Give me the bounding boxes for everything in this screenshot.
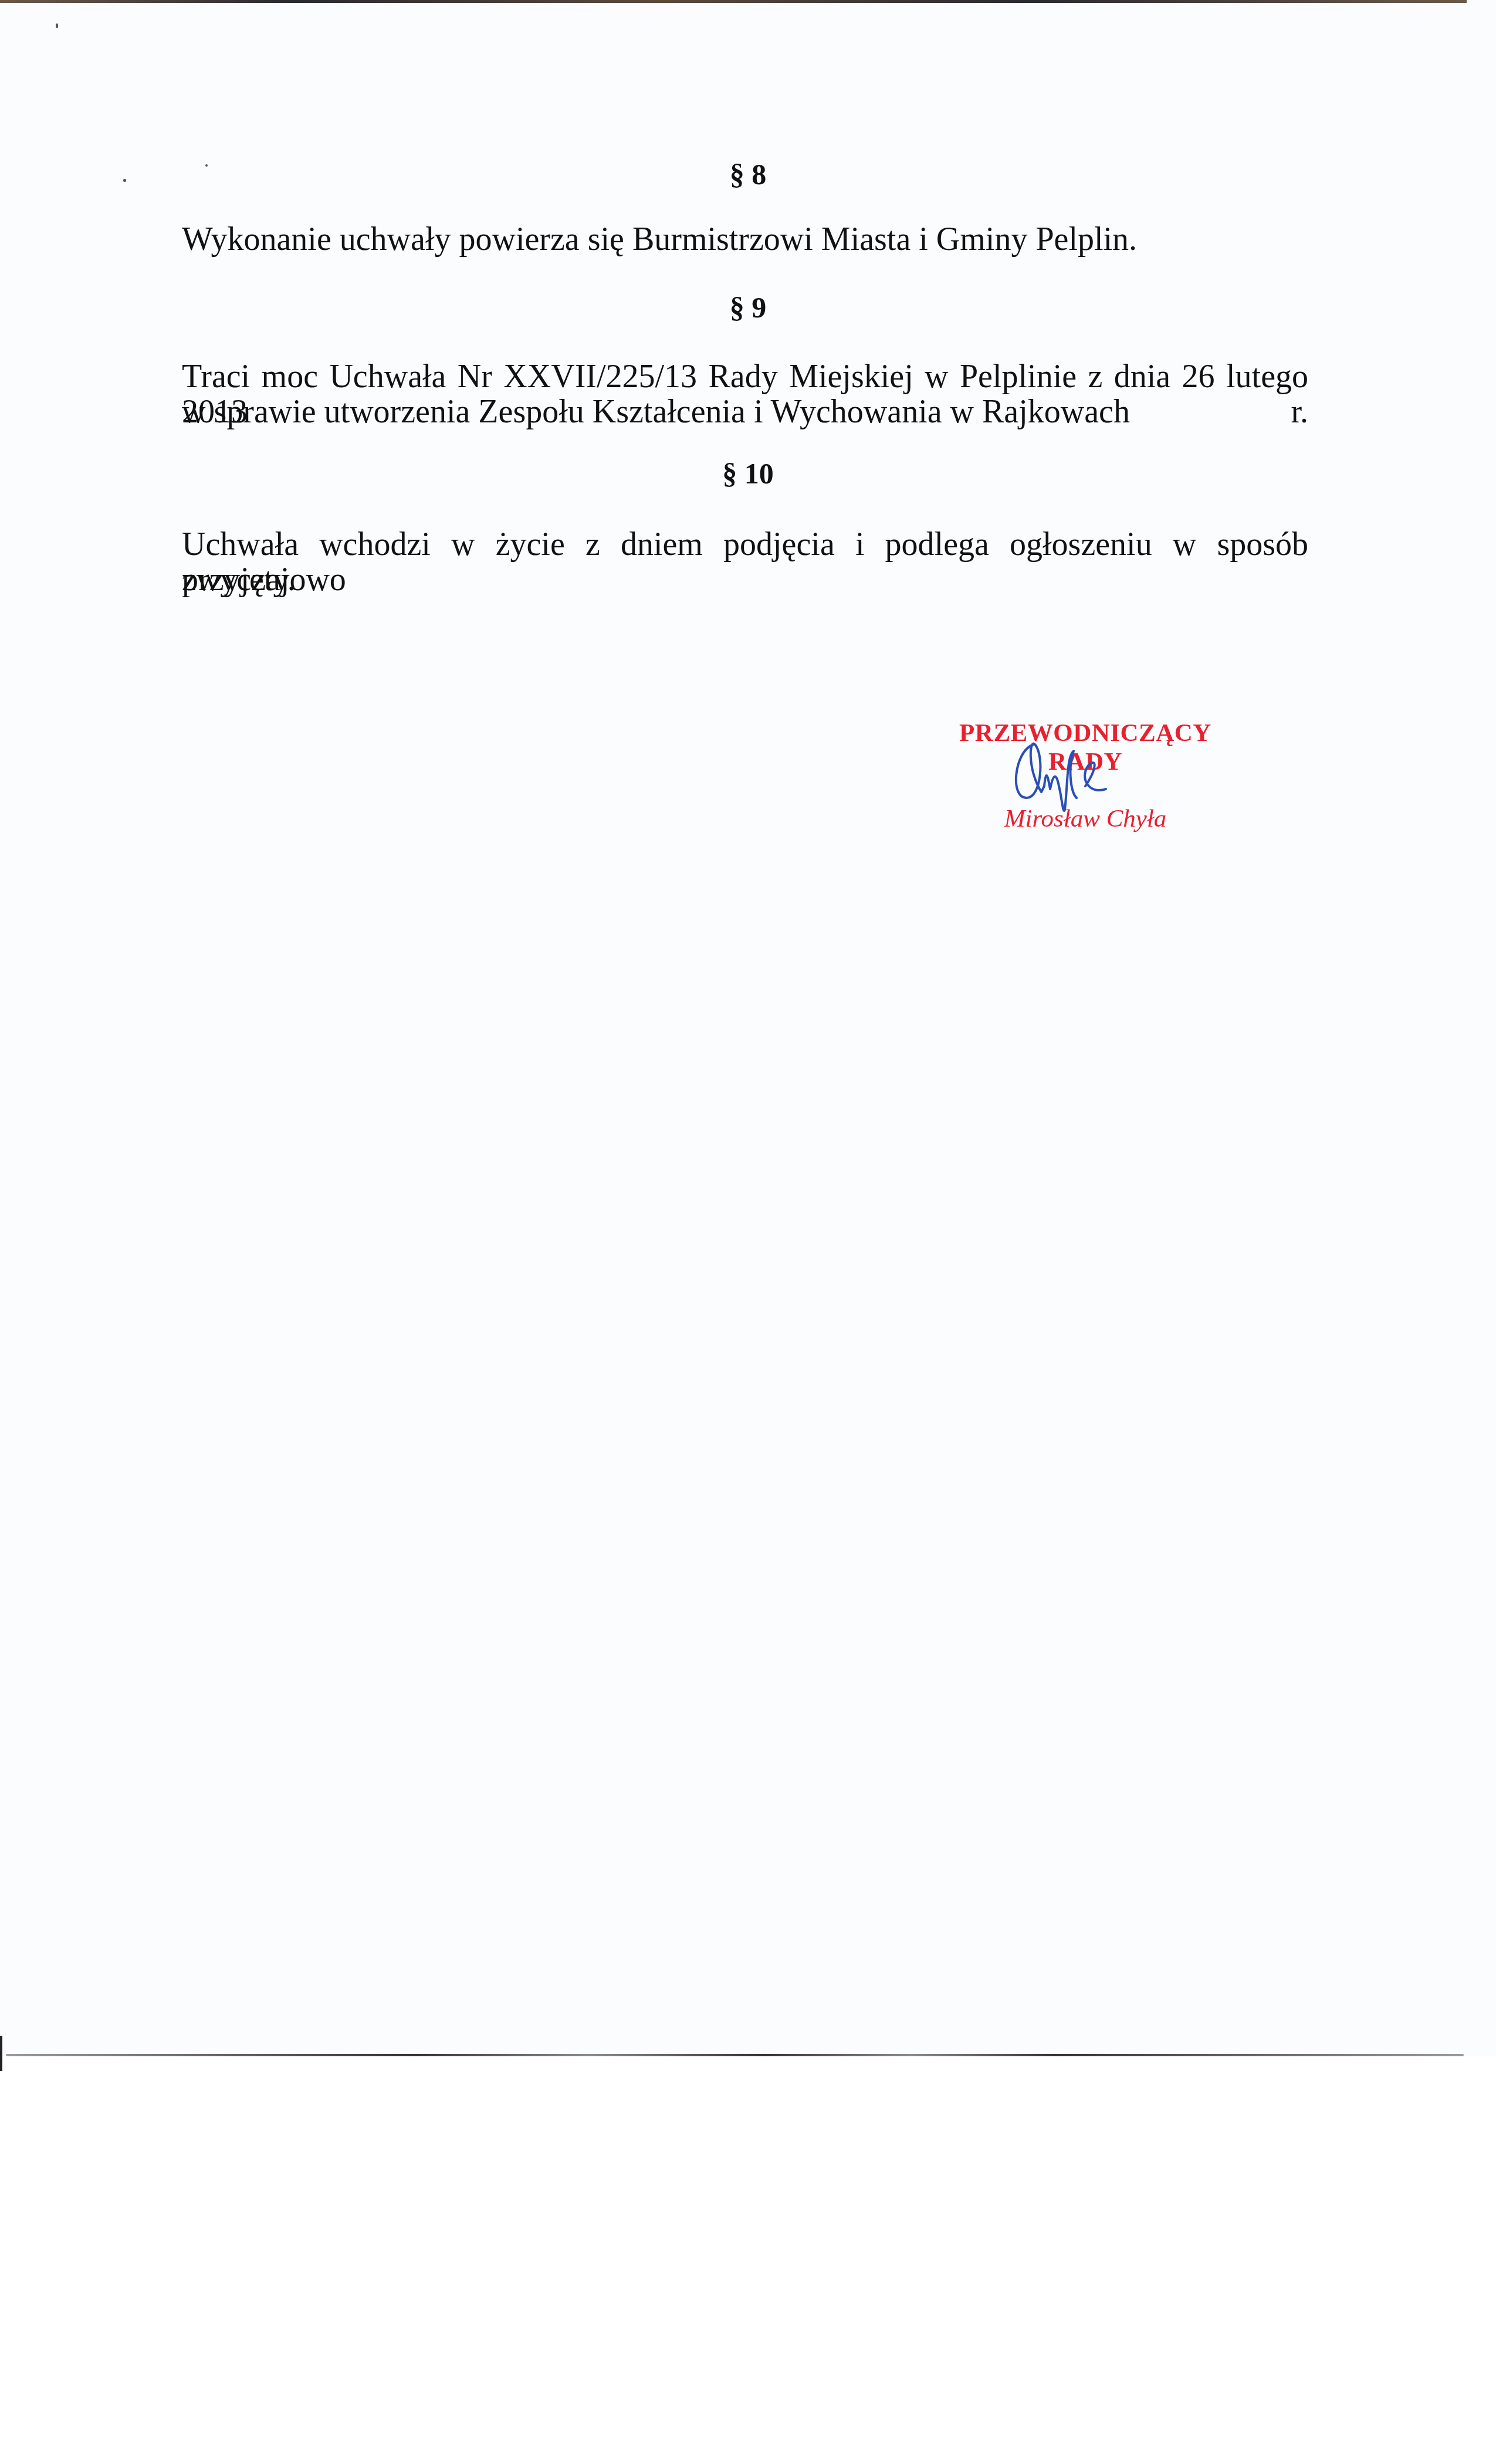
scanned-page: § 8 Wykonanie uchwały powierza się Burmi… [0, 0, 1496, 2056]
section-10-heading: § 10 [0, 456, 1496, 490]
section-10-text-line-2: przyjęty. [182, 562, 1308, 597]
handwritten-signature [1009, 733, 1150, 827]
scan-speck [56, 23, 58, 28]
section-9-heading: § 9 [0, 290, 1496, 324]
section-8-text: Wykonanie uchwały powierza się Burmistrz… [182, 222, 1308, 257]
scan-left-corner [0, 2036, 2, 2071]
section-9-text-line-2: w sprawie utworzenia Zespołu Kształcenia… [182, 394, 1308, 429]
scan-top-edge [0, 0, 1467, 3]
scan-bottom-edge [6, 2054, 1464, 2056]
section-8-heading: § 8 [0, 157, 1496, 191]
